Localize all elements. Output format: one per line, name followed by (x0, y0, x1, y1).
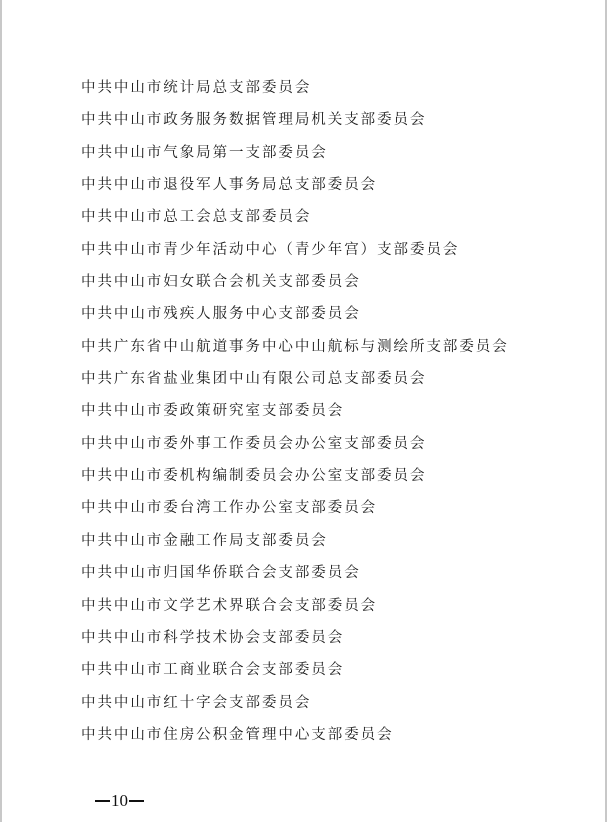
list-item: 中共中山市气象局第一支部委员会 (81, 144, 509, 176)
list-item: 中共中山市归国华侨联合会支部委员会 (81, 564, 509, 596)
list-item: 中共中山市委台湾工作办公室支部委员会 (81, 499, 509, 531)
list-item: 中共中山市总工会总支部委员会 (81, 208, 509, 240)
list-item: 中共中山市退役军人事务局总支部委员会 (81, 176, 509, 208)
list-item: 中共中山市红十字会支部委员会 (81, 694, 509, 726)
dash-left (95, 800, 110, 802)
document-page: 中共中山市统计局总支部委员会 中共中山市政务服务数据管理局机关支部委员会 中共中… (0, 0, 607, 822)
organization-list: 中共中山市统计局总支部委员会 中共中山市政务服务数据管理局机关支部委员会 中共中… (81, 79, 509, 758)
list-item: 中共中山市青少年活动中心（青少年宫）支部委员会 (81, 241, 509, 273)
list-item: 中共中山市金融工作局支部委员会 (81, 532, 509, 564)
list-item: 中共中山市统计局总支部委员会 (81, 79, 509, 111)
list-item: 中共中山市残疾人服务中心支部委员会 (81, 305, 509, 337)
list-item: 中共广东省盐业集团中山有限公司总支部委员会 (81, 370, 509, 402)
list-item: 中共中山市委政策研究室支部委员会 (81, 402, 509, 434)
dash-right (129, 800, 144, 802)
list-item: 中共广东省中山航道事务中心中山航标与测绘所支部委员会 (81, 338, 509, 370)
page-number-value: 10 (111, 791, 128, 811)
list-item: 中共中山市妇女联合会机关支部委员会 (81, 273, 509, 305)
list-item: 中共中山市工商业联合会支部委员会 (81, 661, 509, 693)
list-item: 中共中山市委机构编制委员会办公室支部委员会 (81, 467, 509, 499)
list-item: 中共中山市科学技术协会支部委员会 (81, 629, 509, 661)
list-item: 中共中山市政务服务数据管理局机关支部委员会 (81, 111, 509, 143)
list-item: 中共中山市委外事工作委员会办公室支部委员会 (81, 435, 509, 467)
list-item: 中共中山市住房公积金管理中心支部委员会 (81, 726, 509, 758)
list-item: 中共中山市文学艺术界联合会支部委员会 (81, 597, 509, 629)
page-number: 10 (95, 791, 144, 811)
